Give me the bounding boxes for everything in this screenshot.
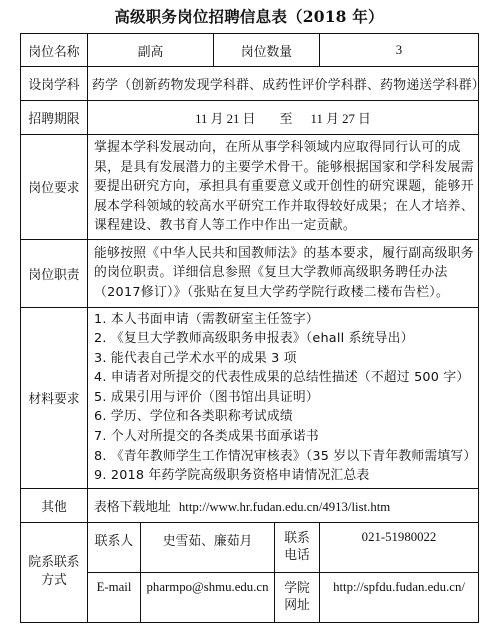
materials-item: 6. 学历、学位和各类职称考试成绩 — [94, 407, 474, 427]
requirements-text: 掌握本学科发展动向，在所从事学科领域内应取得同行认可的成果，是具有发展潜力的主要… — [88, 135, 479, 240]
materials-item: 4. 申请者对所提交的代表性成果的总结性描述（不超过 500 字） — [94, 368, 474, 388]
recruitment-table: 岗位名称 副高 岗位数量 3 设岗学科 药学（创新药物发现学科群、成药性评价学科… — [20, 33, 479, 623]
duties-text: 能够按照《中华人民共和国教师法》的基本要求，履行副高级职务的岗位职责。详细信息参… — [88, 239, 479, 307]
contact-site-value[interactable]: http://spfdu.fudan.edu.cn/ — [320, 572, 479, 622]
page-title: 高级职务岗位招聘信息表（2018 年） — [0, 5, 498, 27]
contact-person-value: 史雪茹、廉茹月 — [141, 522, 275, 572]
row-position-name: 岗位名称 副高 岗位数量 3 — [21, 34, 479, 67]
row-period: 招聘期限 11 月 21 日 至 11 月 27 日 — [21, 101, 479, 135]
contact-label: 院系联系方式 — [21, 522, 88, 622]
position-name-label: 岗位名称 — [21, 34, 88, 67]
row-materials: 材料要求 1. 本人书面申请（需教研室主任签字） 2. 《复旦大学教师高级职务申… — [21, 307, 479, 488]
row-other: 其他 表格下载地址 http://www.hr.fudan.edu.cn/491… — [21, 488, 479, 522]
other-value: 表格下载地址 http://www.hr.fudan.edu.cn/4913/l… — [88, 488, 479, 522]
discipline-value: 药学（创新药物发现学科群、成药性评价学科群、药物递送学科群） — [88, 67, 479, 101]
row-discipline: 设岗学科 药学（创新药物发现学科群、成药性评价学科群、药物递送学科群） — [21, 67, 479, 101]
duties-label: 岗位职责 — [21, 239, 88, 307]
other-label: 其他 — [21, 488, 88, 522]
contact-phone-label: 联系电话 — [275, 522, 320, 572]
discipline-label: 设岗学科 — [21, 67, 88, 101]
materials-item: 2. 《复旦大学教师高级职务申报表》（ehall 系统导出） — [94, 329, 474, 349]
materials-item: 9. 2018 年药学院高级职务资格申请情况汇总表 — [94, 466, 474, 486]
materials-item: 7. 个人对所提交的各类成果书面承诺书 — [94, 427, 474, 447]
position-name-value: 副高 — [88, 34, 214, 67]
period-label: 招聘期限 — [21, 101, 88, 135]
row-requirements: 岗位要求 掌握本学科发展动向，在所从事学科领域内应取得同行认可的成果，是具有发展… — [21, 135, 479, 240]
materials-item: 5. 成果引用与评价（图书馆出具证明） — [94, 388, 474, 408]
row-contact-1: 院系联系方式 联系人 史雪茹、廉茹月 联系电话 021-51980022 — [21, 522, 479, 572]
row-duties: 岗位职责 能够按照《中华人民共和国教师法》的基本要求，履行副高级职务的岗位职责。… — [21, 239, 479, 307]
contact-email-value[interactable]: pharmpo@shmu.edu.cn — [141, 572, 275, 622]
contact-phone-value: 021-51980022 — [320, 522, 479, 572]
download-label: 表格下载地址 — [94, 500, 171, 515]
materials-item: 3. 能代表自己学术水平的成果 3 项 — [94, 349, 474, 369]
materials-item: 1. 本人书面申请（需教研室主任签字） — [94, 310, 474, 330]
contact-person-label: 联系人 — [88, 522, 141, 572]
row-contact-2: E-mail pharmpo@shmu.edu.cn 学院网址 http://s… — [21, 572, 479, 622]
materials-item: 8. 《青年教师学生工作情况审核表》（35 岁以下青年教师需填写） — [94, 447, 474, 467]
position-count-label: 岗位数量 — [214, 34, 320, 67]
requirements-label: 岗位要求 — [21, 135, 88, 240]
period-value: 11 月 21 日 至 11 月 27 日 — [88, 101, 479, 135]
period-end: 11 月 27 日 — [311, 112, 371, 126]
position-count-value: 3 — [320, 34, 479, 67]
download-link[interactable]: http://www.hr.fudan.edu.cn/4913/list.htm — [179, 500, 390, 514]
period-start: 11 月 21 日 — [195, 112, 255, 126]
materials-label: 材料要求 — [21, 307, 88, 488]
contact-site-label: 学院网址 — [275, 572, 320, 622]
contact-email-label: E-mail — [88, 572, 141, 622]
period-separator: 至 — [280, 112, 293, 127]
materials-list: 1. 本人书面申请（需教研室主任签字） 2. 《复旦大学教师高级职务申报表》（e… — [88, 307, 479, 488]
